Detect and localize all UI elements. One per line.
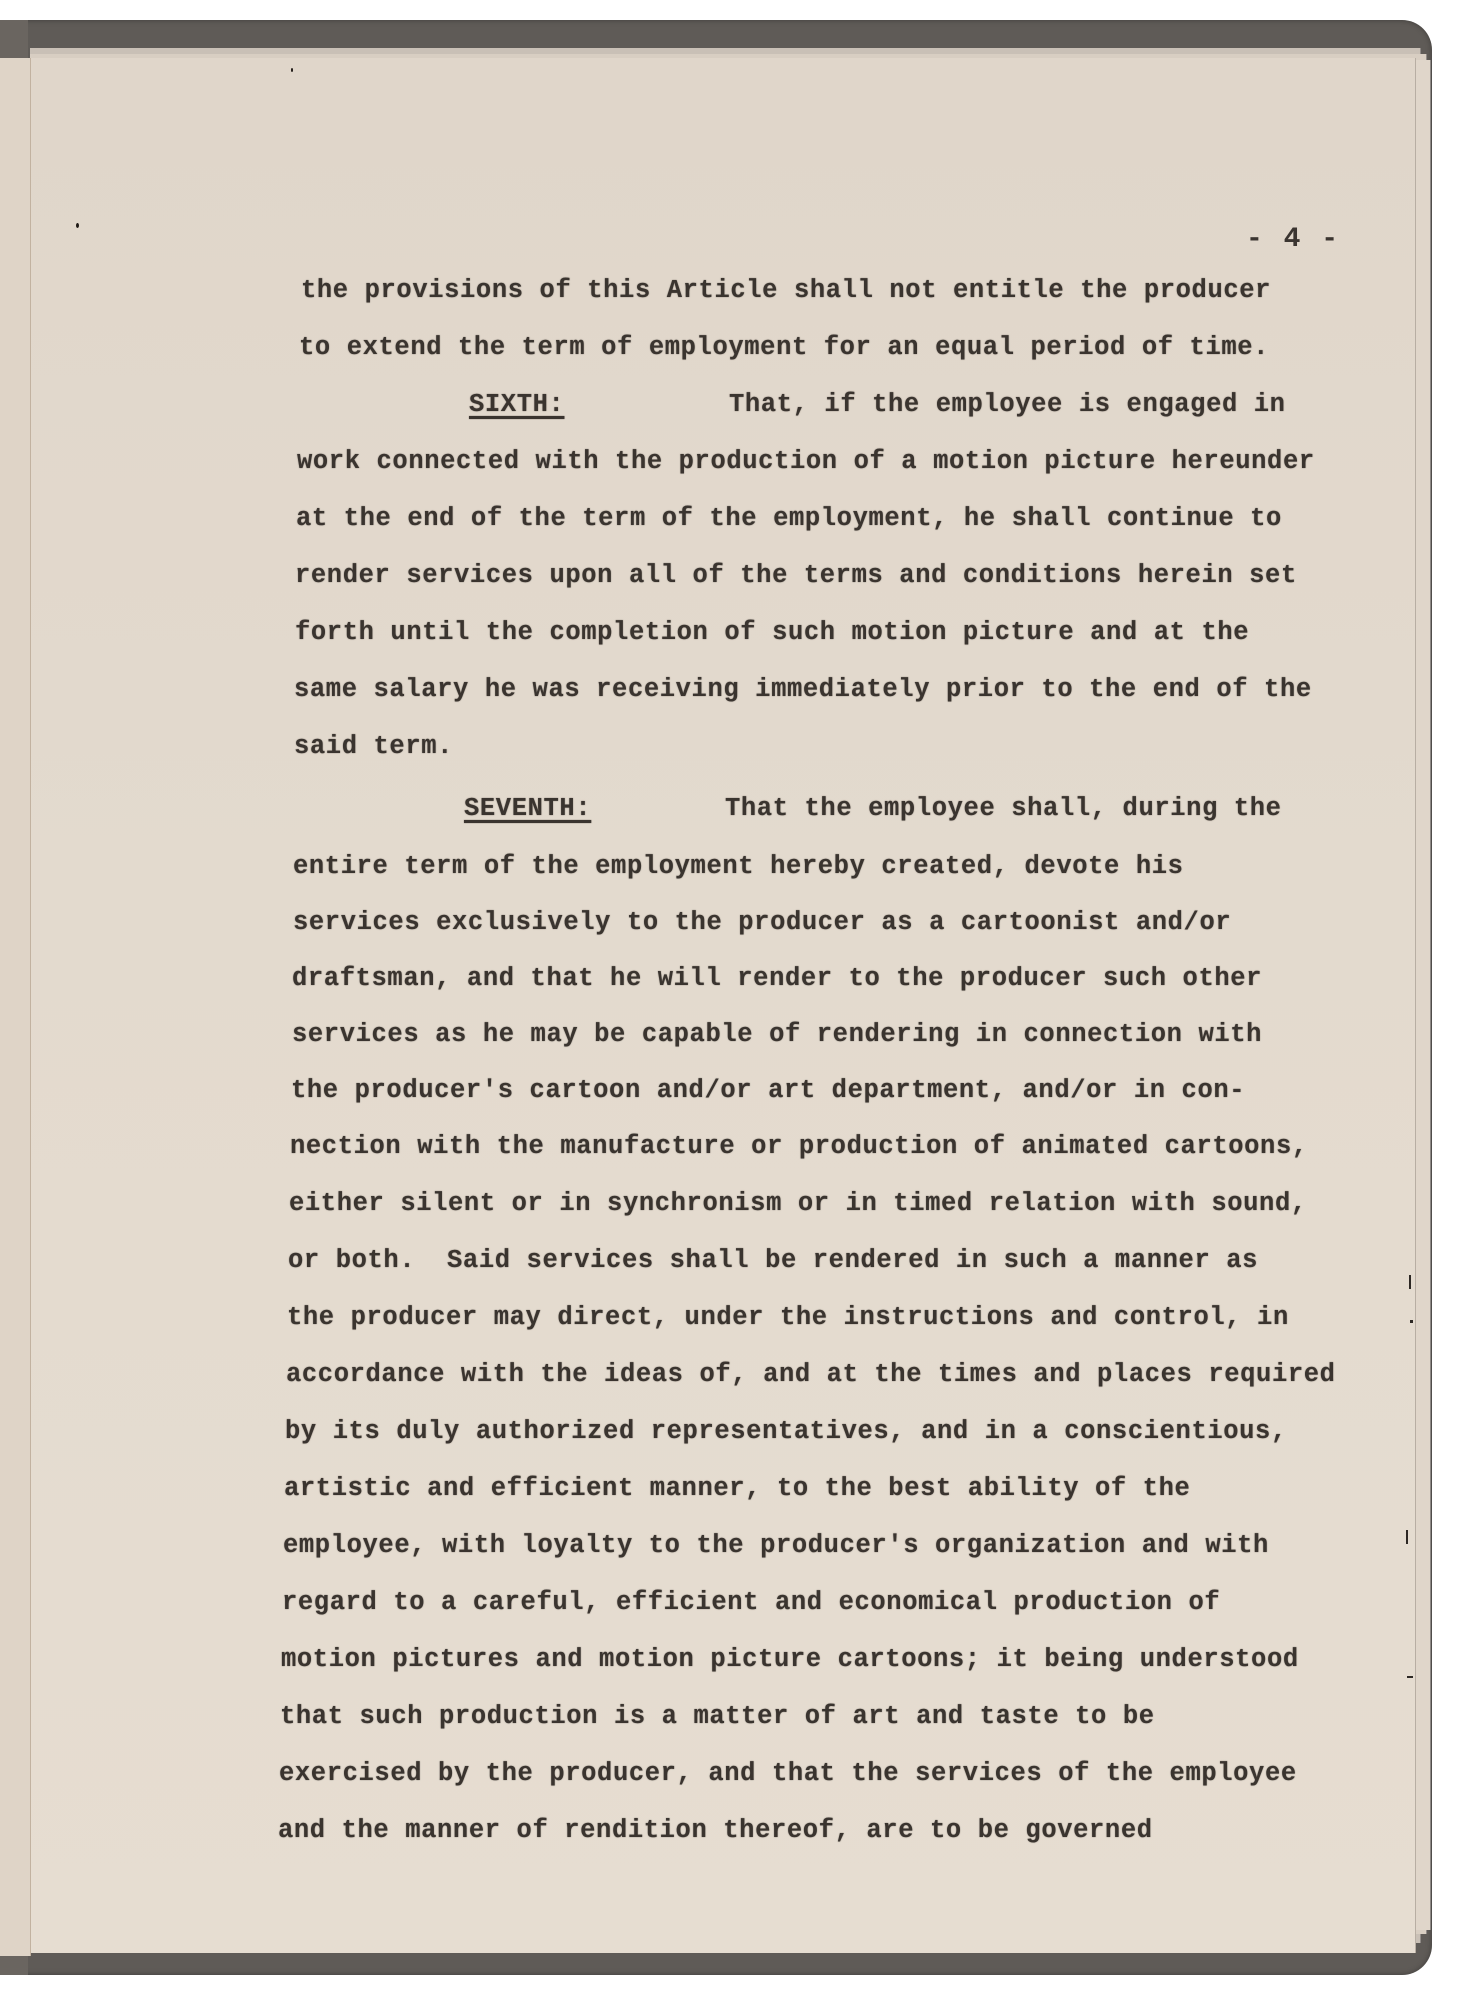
text-line: or both. Said services shall be rendered… [288,1246,1258,1275]
margin-mark [1410,1320,1413,1323]
text-line: that such production is a matter of art … [280,1702,1155,1731]
text-line: the producer may direct, under the instr… [287,1303,1289,1332]
text-line: motion pictures and motion picture carto… [281,1645,1299,1674]
typewritten-body: the provisions of this Article shall not… [31,58,1415,1953]
margin-mark [1406,1530,1408,1544]
text-line: at the end of the term of the employment… [296,504,1282,533]
text-line: said term. [294,732,453,761]
document-sheet: - 4 - the provisions of this Article sha… [31,58,1416,1953]
text-line: same salary he was receiving immediately… [294,675,1312,704]
section-heading-seventh: SEVENTH: [464,794,591,823]
section-heading-sixth: SIXTH: [469,390,564,419]
text-line: the producer's cartoon and/or art depart… [291,1076,1245,1105]
margin-mark [1407,1676,1413,1678]
text-line: services as he may be capable of renderi… [292,1020,1262,1049]
text-line: That the employee shall, during the [725,794,1282,823]
text-line: services exclusively to the producer as … [293,908,1231,937]
text-line: either silent or in synchronism or in ti… [289,1189,1307,1218]
facing-page-edge [0,58,31,1956]
text-line: entire term of the employment hereby cre… [293,852,1184,881]
margin-mark [1409,1275,1411,1289]
text-line: nection with the manufacture or producti… [290,1132,1308,1161]
text-line: to extend the term of employment for an … [299,333,1269,362]
text-line: render services upon all of the terms an… [295,561,1297,590]
text-line: the provisions of this Article shall not… [301,276,1271,305]
text-line: draftsman, and that he will render to th… [292,964,1262,993]
text-line: employee, with loyalty to the producer's… [283,1531,1269,1560]
text-line: work connected with the production of a … [297,447,1315,476]
text-line: exercised by the producer, and that the … [279,1759,1297,1788]
text-line: That, if the employee is engaged in [729,390,1286,419]
text-line: accordance with the ideas of, and at the… [286,1360,1336,1389]
text-line: regard to a careful, efficient and econo… [282,1588,1220,1617]
text-line: forth until the completion of such motio… [295,618,1249,647]
text-line: artistic and efficient manner, to the be… [284,1474,1190,1503]
text-line: and the manner of rendition thereof, are… [278,1816,1153,1845]
text-line: by its duly authorized representatives, … [285,1417,1287,1446]
